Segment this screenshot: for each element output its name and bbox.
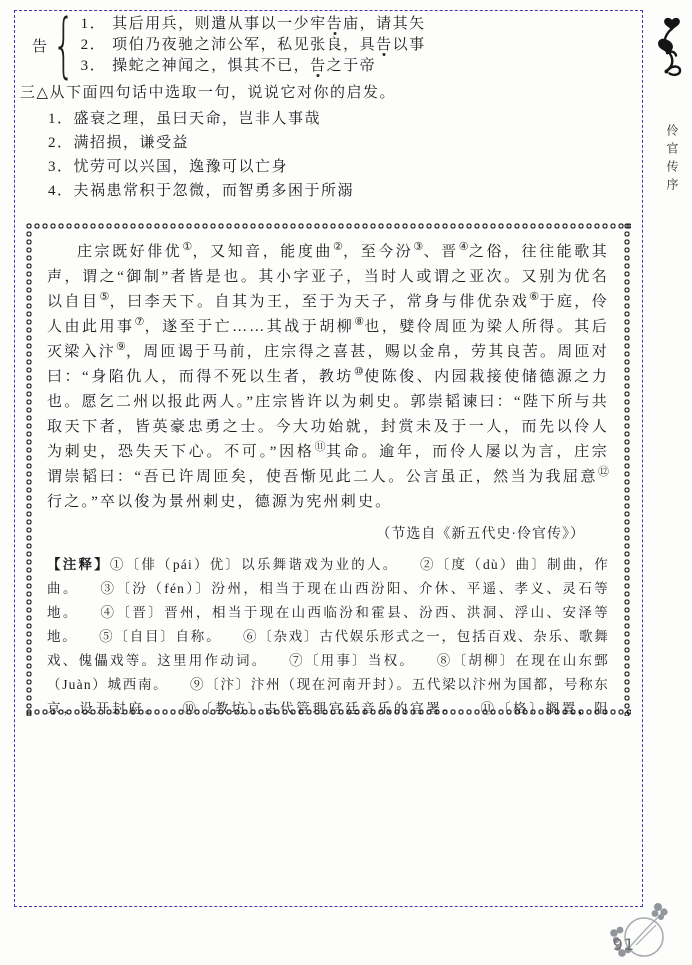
- page-number: 91: [613, 935, 635, 954]
- classical-passage: 庄宗既好俳优①，又知音，能度曲②，至今汾③、晋④之俗，往往能歌其声，谓之“御制”…: [47, 240, 609, 515]
- margin-vertical-title: 伶官传序: [664, 124, 681, 196]
- note-item: ①〔俳（pái）优〕以乐舞谐戏为业的人。: [110, 557, 399, 572]
- item-number: 1．: [81, 16, 107, 32]
- annotations-block: 【注释】①〔俳（pái）优〕以乐舞谐戏为业的人。②〔度（dù）曲〕制曲，作曲。③…: [47, 553, 609, 716]
- annotations-label: 【注释】: [47, 557, 110, 572]
- option-item: 2．满招损，谦受益: [48, 131, 624, 155]
- sentence-pre: 项伯乃夜驰之沛公军，私见张良，具: [112, 37, 376, 53]
- floral-scroll-icon: [655, 16, 687, 83]
- question-line: 三△从下面四句话中选取一句，说说它对你的启发。: [20, 82, 624, 105]
- example-sentence: 1．其后用兵，则遣从事以一少牢告庙，请其矢: [81, 14, 426, 35]
- example-sentence-list: 1．其后用兵，则遣从事以一少牢告庙，请其矢 2．项伯乃夜驰之沛公军，私见张良，具…: [81, 14, 426, 77]
- sentence-post: 庙，请其矢: [343, 16, 426, 32]
- example-sentence: 3．操蛇之神闻之，惧其不已，告之于帝: [81, 56, 426, 77]
- note-item: ⑩〔教坊〕古代管理宫廷音乐的官署。: [182, 701, 458, 716]
- note-item: ⑤〔自目〕自称。: [99, 629, 221, 644]
- item-number: 3．: [81, 58, 107, 74]
- sentence-pre: 其后用兵，则遣从事以一少牢: [112, 16, 327, 32]
- emphasized-char: 告: [376, 37, 393, 53]
- word-usage-group: 告 { 1．其后用兵，则遣从事以一少牢告庙，请其矢 2．项伯乃夜驰之沛公军，私见…: [20, 13, 624, 77]
- option-item: 4．夫祸患常积于忽微，而智勇多困于所溺: [48, 179, 624, 203]
- emphasized-char: 告: [327, 16, 344, 32]
- sentence-pre: 操蛇之神闻之，惧其不已，: [112, 58, 310, 74]
- sentence-post: 之于帝: [327, 58, 377, 74]
- option-item: 3．忧劳可以兴国，逸豫可以亡身: [48, 155, 624, 179]
- note-item: ⑦〔用事〕当权。: [289, 653, 415, 668]
- flower-ornament-icon: [606, 901, 672, 964]
- emphasized-char: 告: [310, 58, 327, 74]
- example-sentence: 2．项伯乃夜驰之沛公军，私见张良，具告以事: [81, 35, 426, 56]
- sentence-post: 以事: [393, 37, 426, 53]
- group-word-label: 告: [32, 35, 49, 56]
- option-list: 1．盛衰之理，虽曰天命，岂非人事哉 2．满招损，谦受益 3．忧劳可以兴国，逸豫可…: [20, 107, 624, 203]
- exercise-top-section: 告 { 1．其后用兵，则遣从事以一少牢告庙，请其矢 2．项伯乃夜驰之沛公军，私见…: [20, 13, 624, 203]
- brace-icon: {: [52, 13, 75, 77]
- passage-box: 庄宗既好俳优①，又知音，能度曲②，至今汾③、晋④之俗，往往能歌其声，谓之“御制”…: [25, 222, 631, 716]
- option-item: 1．盛衰之理，虽曰天命，岂非人事哉: [48, 107, 624, 131]
- source-attribution: （节选自《新五代史·伶官传》）: [45, 523, 585, 543]
- item-number: 2．: [81, 37, 107, 53]
